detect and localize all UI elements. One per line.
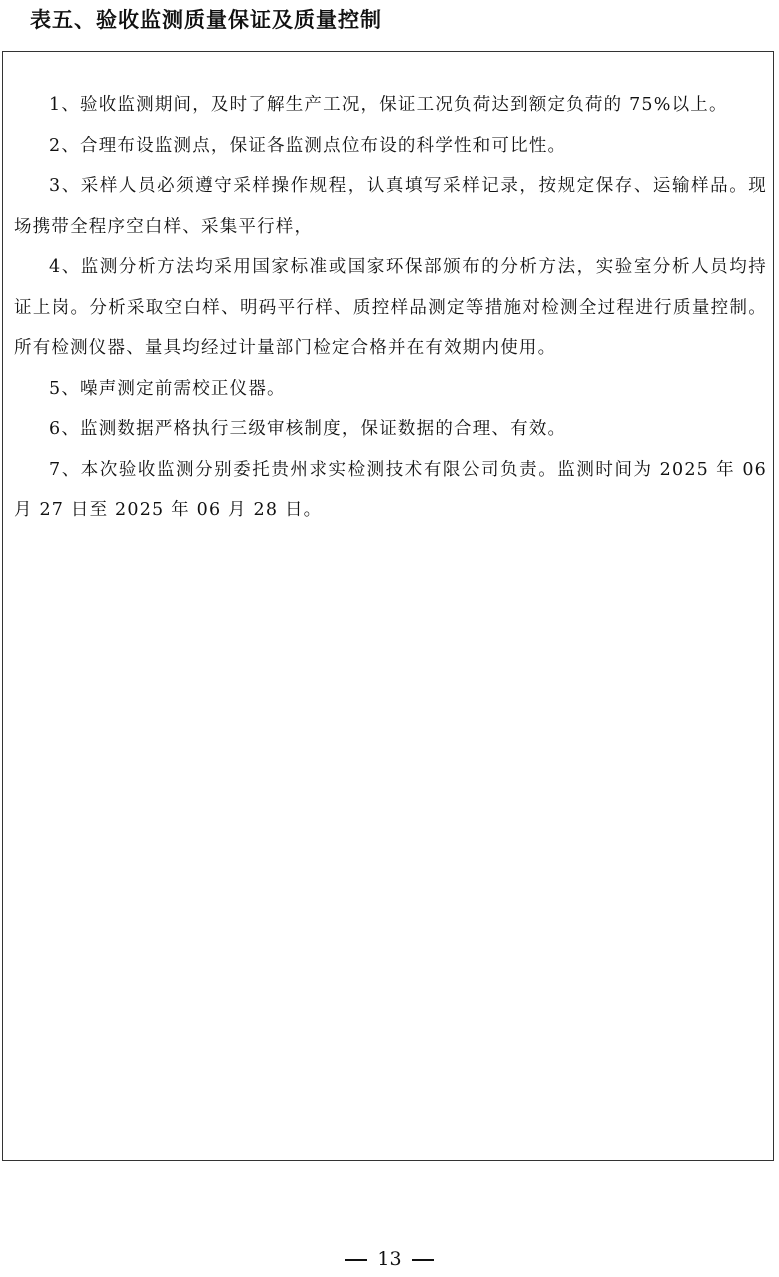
dash-right [412, 1259, 434, 1261]
content-body: 1、验收监测期间，及时了解生产工况，保证工况负荷达到额定负荷的 75%以上。 2… [14, 85, 767, 531]
paragraph-6: 6、监测数据严格执行三级审核制度，保证数据的合理、有效。 [14, 409, 767, 450]
paragraph-2: 2、合理布设监测点，保证各监测点位布设的科学性和可比性。 [14, 126, 767, 167]
content-table-box: 1、验收监测期间，及时了解生产工况，保证工况负荷达到额定负荷的 75%以上。 2… [2, 51, 774, 1161]
section-title: 表五、验收监测质量保证及质量控制 [30, 4, 382, 36]
paragraph-5: 5、噪声测定前需校正仪器。 [14, 369, 767, 410]
dash-left [345, 1259, 367, 1261]
paragraph-7: 7、本次验收监测分别委托贵州求实检测技术有限公司负责。监测时间为 2025 年 … [14, 450, 767, 531]
paragraph-3: 3、采样人员必须遵守采样操作规程，认真填写采样记录，按规定保存、运输样品。现场携… [14, 166, 767, 247]
page-footer: 13 [0, 1246, 779, 1272]
page-number: 13 [377, 1248, 401, 1270]
paragraph-1: 1、验收监测期间，及时了解生产工况，保证工况负荷达到额定负荷的 75%以上。 [14, 85, 767, 126]
paragraph-4: 4、监测分析方法均采用国家标准或国家环保部颁布的分析方法，实验室分析人员均持证上… [14, 247, 767, 369]
